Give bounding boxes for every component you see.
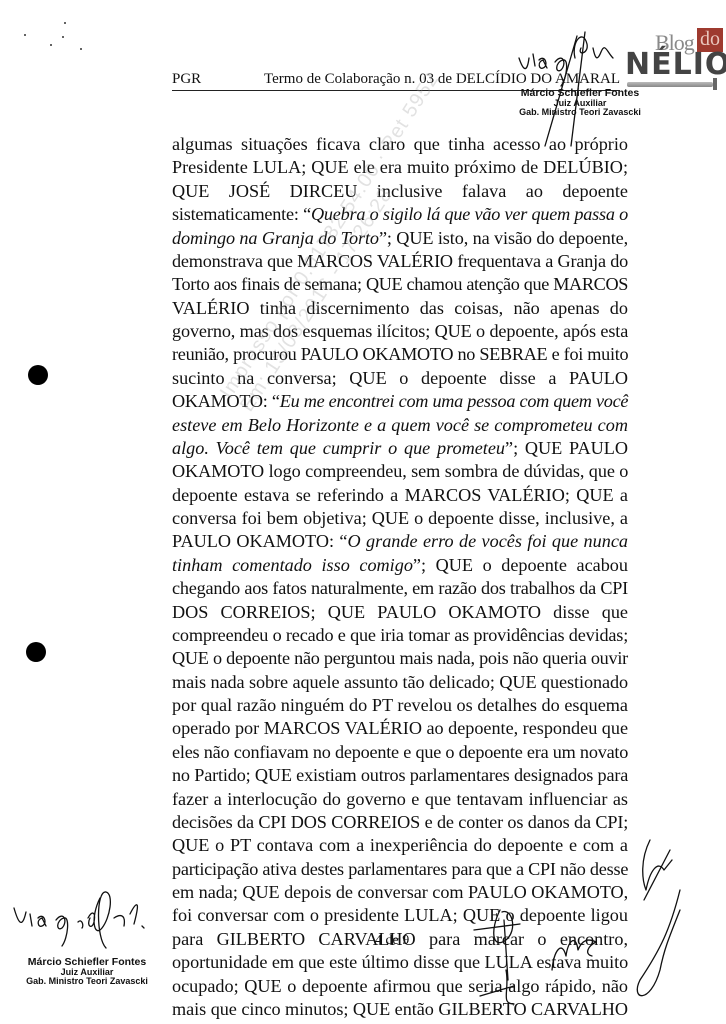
body-line: esteve em Belo Horizonte e a quem você s…	[172, 414, 628, 437]
body-line: DOS CORREIOS; QUE PAULO OKAMOTO disse qu…	[172, 601, 628, 624]
body-line-text: OKAMOTO logo compreendeu, sem sombra de …	[172, 461, 628, 481]
body-line: fazer a interlocução do governo e que te…	[172, 788, 628, 811]
page-number: 4 de 9	[375, 933, 409, 949]
body-line: OKAMOTO logo compreendeu, sem sombra de …	[172, 460, 628, 483]
body-line: Torto aos finais de semana; QUE chamou a…	[172, 273, 628, 296]
body-line-text: decisões da CPI DOS CORREIOS e de conter…	[172, 812, 628, 832]
body-line-text: mais nada sobre aquele assunto tão delic…	[172, 672, 628, 692]
body-line-text: ”; QUE isto, na visão do depoente,	[379, 228, 628, 248]
body-line: domingo na Granja do Torto”; QUE isto, n…	[172, 227, 628, 250]
blog-logo: Blog do NÉLIO	[625, 22, 725, 88]
signature-right-margin	[620, 830, 700, 1024]
punch-hole-mark	[26, 642, 46, 662]
body-line: tinham comentado isso comigo”; QUE o dep…	[172, 554, 628, 577]
body-line-text: VALÉRIO tinha discernimento das coisas, …	[172, 298, 628, 318]
body-line-text: governo, mas dos esquemas ilícitos; QUE …	[172, 321, 628, 341]
body-line: decisões da CPI DOS CORREIOS e de conter…	[172, 811, 628, 834]
body-line-text: eles não confiavam no depoente e que o d…	[172, 742, 628, 762]
quoted-speech: algo. Você tem que cumprir o que promete…	[172, 438, 505, 458]
testimony-body: algumas situações ficava claro que tinha…	[172, 133, 628, 1021]
body-line: no Partido; QUE existiam outros parlamen…	[172, 764, 628, 787]
body-line: VALÉRIO tinha discernimento das coisas, …	[172, 297, 628, 320]
body-line: em nada; QUE depois de conversar com PAU…	[172, 881, 628, 904]
body-line-text: Torto aos finais de semana; QUE chamou a…	[172, 274, 628, 294]
quoted-speech: esteve em Belo Horizonte e a quem você s…	[172, 415, 628, 435]
body-line: conversa foi bem objetiva; QUE o depoent…	[172, 507, 628, 530]
body-line-text: QUE o depoente não perguntou mais nada, …	[172, 648, 628, 668]
signature-via-original-top	[515, 18, 625, 148]
body-line-text: compreendeu o recado e que iria tomar as…	[172, 625, 628, 645]
body-line: governo, mas dos esquemas ilícitos; QUE …	[172, 320, 628, 343]
quoted-speech: Eu me encontrei com uma pessoa com quem …	[280, 391, 629, 411]
body-line-text: chegando aos fatos naturalmente, em razã…	[172, 578, 628, 598]
body-line: mais que cinco minutos; QUE então GILBER…	[172, 998, 628, 1021]
judge-stamp-bottom: Márcio Schiefler Fontes Juiz Auxiliar Ga…	[12, 957, 162, 987]
body-line: depoente estava se referindo a MARCOS VA…	[172, 484, 628, 507]
header-org: PGR	[172, 71, 201, 88]
body-line-text: participação ativa destes parlamentares …	[172, 859, 628, 879]
logo-bar-decoration	[627, 82, 713, 87]
body-line-text: mais que cinco minutos; QUE então GILBER…	[172, 999, 628, 1019]
body-line: mais nada sobre aquele assunto tão delic…	[172, 671, 628, 694]
quoted-speech: tinham comentado isso comigo	[172, 555, 413, 575]
body-line-text: por qual razão ninguém do PT revelou os …	[172, 695, 628, 715]
body-line-text: depoente estava se referindo a MARCOS VA…	[172, 485, 628, 505]
punch-hole-mark	[28, 365, 48, 385]
body-line: PAULO OKAMOTO: “O grande erro de vocês f…	[172, 530, 628, 553]
scan-specks	[20, 14, 90, 54]
body-line-text: QUE o PT contava com a inexperiência do …	[172, 835, 628, 855]
logo-bar-end-decoration	[713, 78, 717, 90]
body-line-text: em nada; QUE depois de conversar com PAU…	[172, 882, 628, 902]
body-line-text: no Partido; QUE existiam outros parlamen…	[172, 765, 628, 785]
body-line: QUE o depoente não perguntou mais nada, …	[172, 647, 628, 670]
logo-name: NÉLIO	[625, 50, 726, 80]
quoted-speech: O grande erro de vocês foi que nunca	[348, 531, 629, 551]
body-line: eles não confiavam no depoente e que o d…	[172, 741, 628, 764]
body-line-text: sistematicamente: “	[172, 204, 311, 224]
body-line: chegando aos fatos naturalmente, em razã…	[172, 577, 628, 600]
signature-initials-2	[548, 920, 608, 980]
body-line-text: demonstrava que MARCOS VALÉRIO frequenta…	[172, 251, 628, 271]
body-line-text: ”; QUE o depoente acabou	[413, 555, 628, 575]
body-line: compreendeu o recado e que iria tomar as…	[172, 624, 628, 647]
body-line: operado por MARCOS VALÉRIO ao depoente, …	[172, 717, 628, 740]
body-line: sistematicamente: “Quebra o sigilo lá qu…	[172, 203, 628, 226]
signature-initials-1	[470, 900, 540, 1010]
body-line: algo. Você tem que cumprir o que promete…	[172, 437, 628, 460]
body-line-text: ”; QUE PAULO	[505, 438, 628, 458]
body-line-text: operado por MARCOS VALÉRIO ao depoente, …	[172, 718, 628, 738]
body-line: demonstrava que MARCOS VALÉRIO frequenta…	[172, 250, 628, 273]
body-line-text: conversa foi bem objetiva; QUE o depoent…	[172, 508, 628, 528]
body-line: participação ativa destes parlamentares …	[172, 858, 628, 881]
stamp-office: Gab. Ministro Teori Zavascki	[12, 977, 162, 986]
body-line-text: fazer a interlocução do governo e que te…	[172, 789, 628, 809]
body-line-text: DOS CORREIOS; QUE PAULO OKAMOTO disse qu…	[172, 602, 628, 622]
body-line: QUE o PT contava com a inexperiência do …	[172, 834, 628, 857]
body-line-text: PAULO OKAMOTO: “	[172, 531, 348, 551]
body-line: por qual razão ninguém do PT revelou os …	[172, 694, 628, 717]
